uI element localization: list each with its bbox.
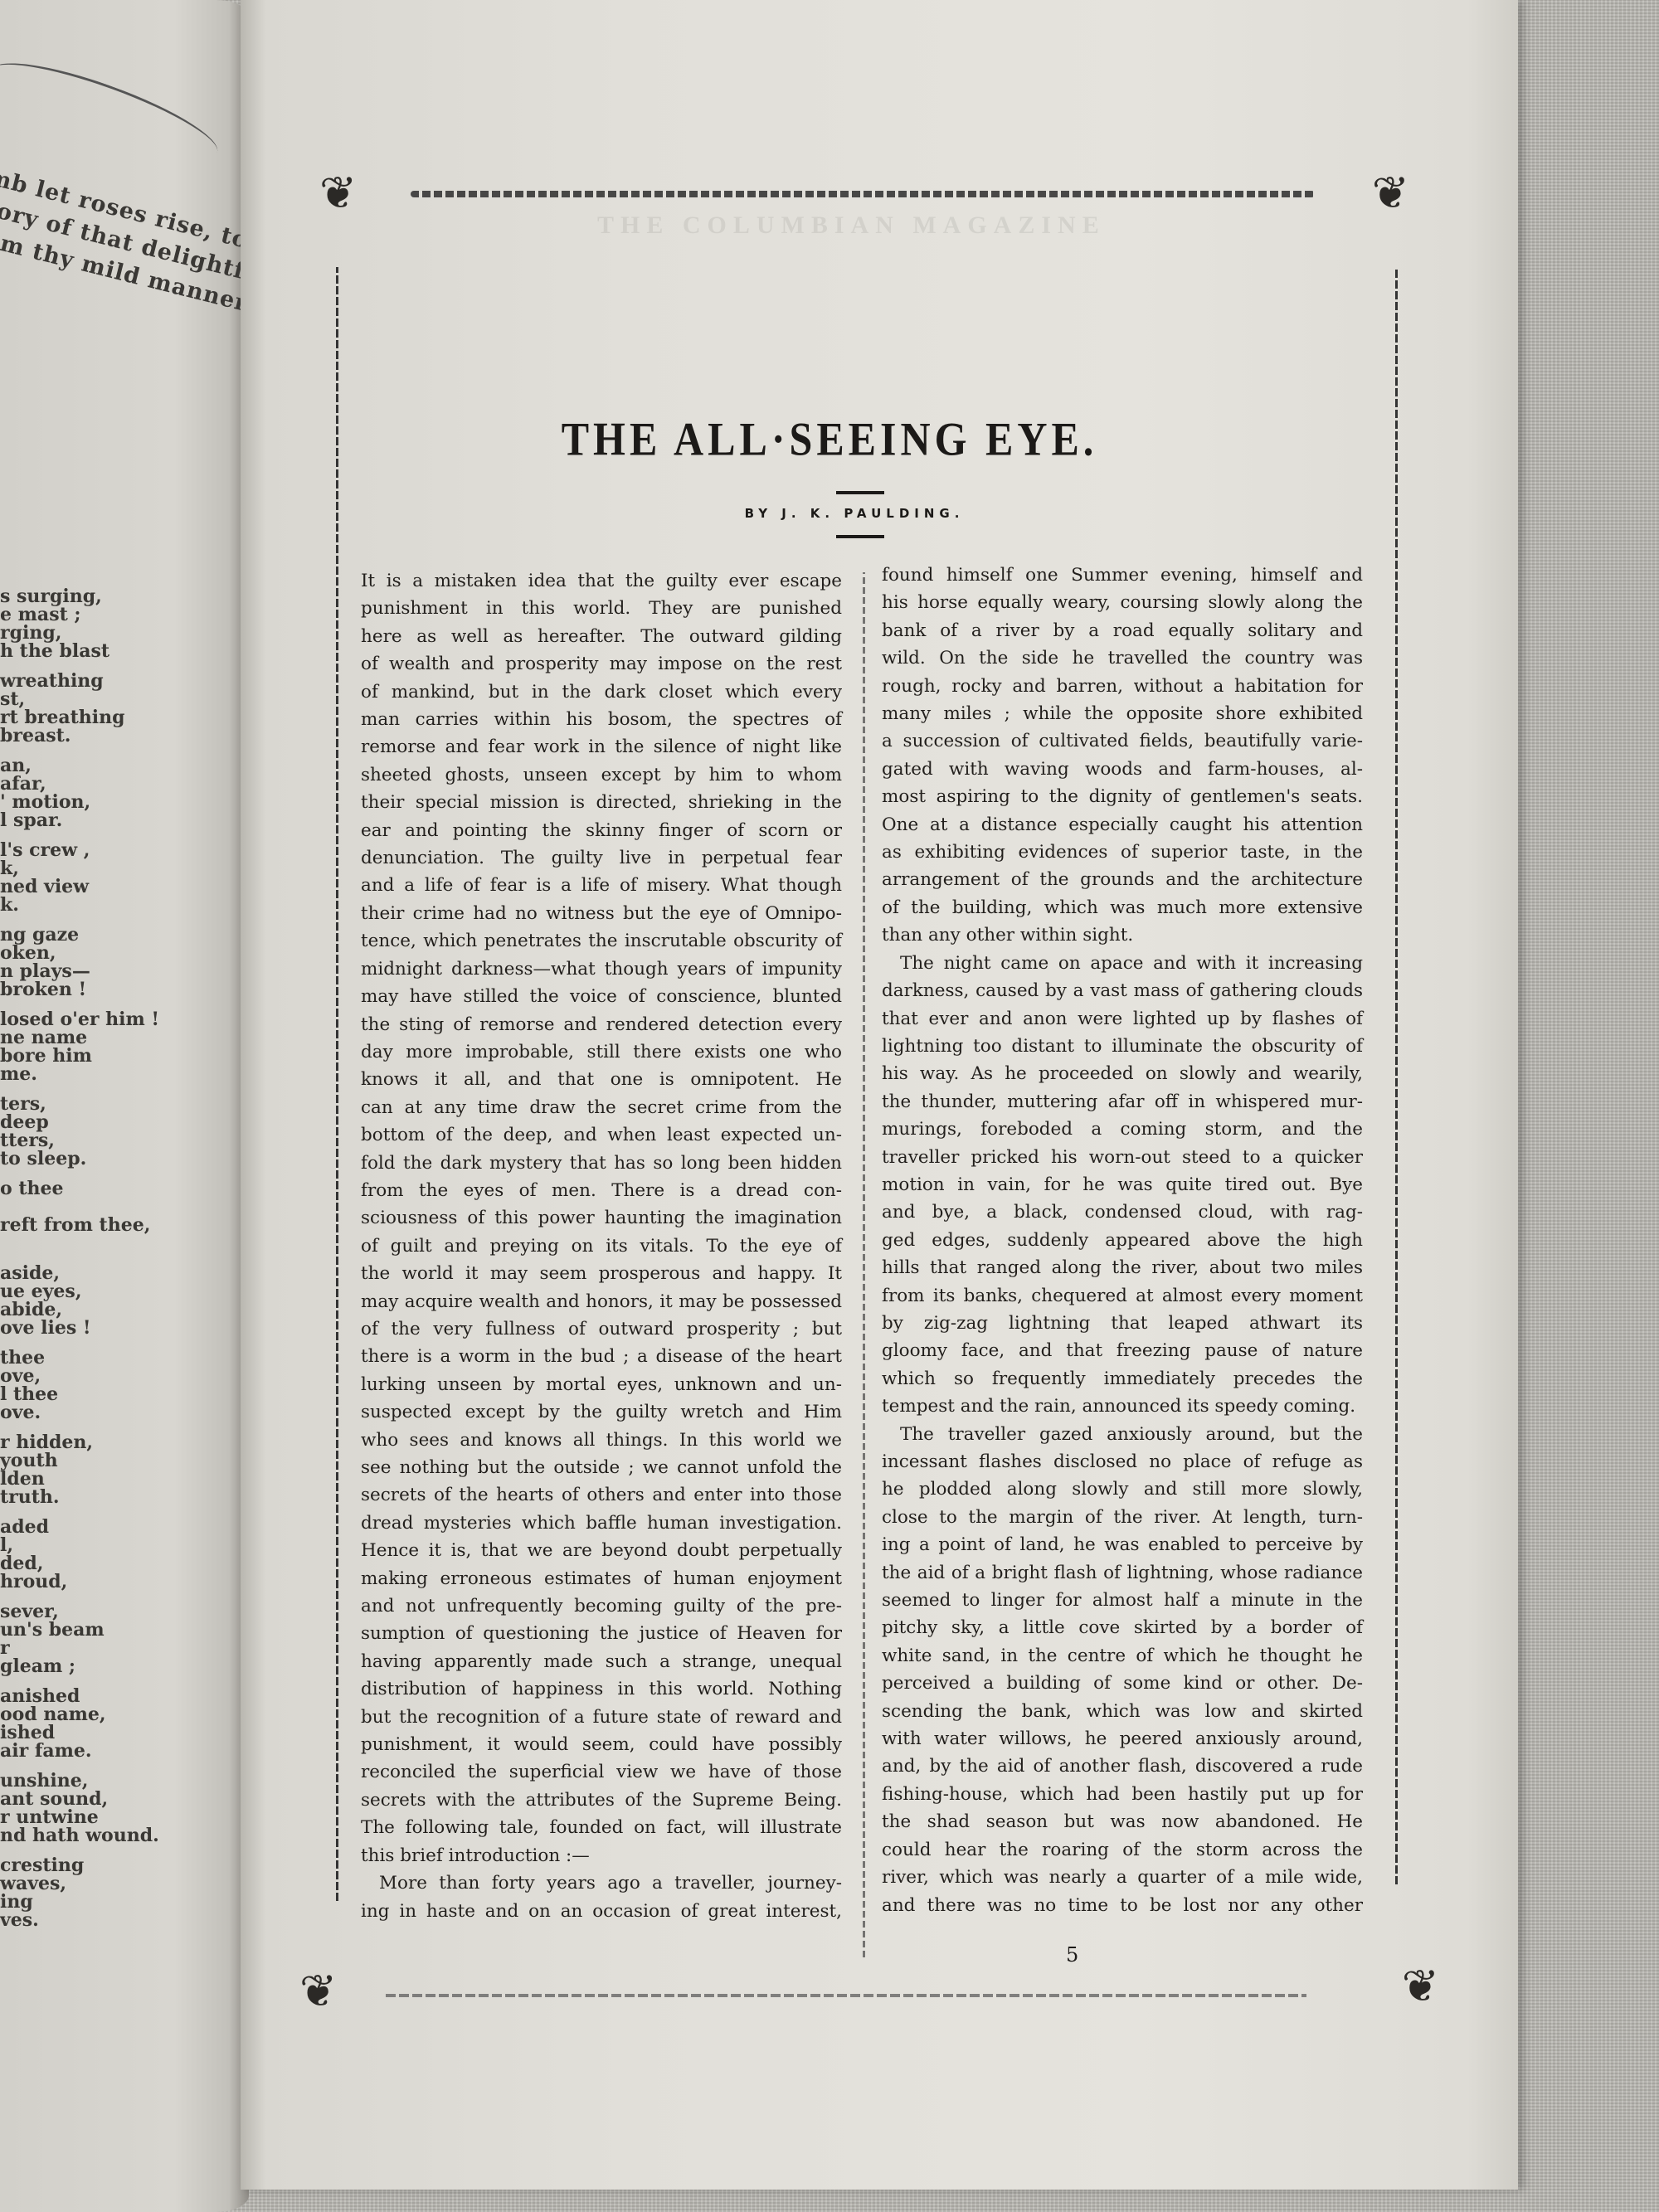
- verse-stanza: o theereft from thee,: [0, 1179, 241, 1252]
- verse-line: st,: [0, 690, 241, 708]
- verse-stanza: sever,un's beamrgleam ;: [0, 1602, 241, 1675]
- verse-line: afar,: [0, 775, 241, 793]
- verse-line: l,: [0, 1536, 241, 1554]
- verse-line: l thee: [0, 1385, 241, 1403]
- verse-line: lden: [0, 1470, 241, 1488]
- text-line: there is a worm in the bud ; a disease o…: [361, 1343, 842, 1370]
- text-line: with water willows, he peered anxiously …: [882, 1725, 1363, 1753]
- left-page-wavy-rule: [0, 46, 226, 177]
- text-line: seemed to linger for almost half a minut…: [882, 1587, 1363, 1614]
- text-line: Hence it is, that we are beyond doubt pe…: [361, 1537, 842, 1564]
- text-line: the sting of remorse and rendered detect…: [361, 1011, 842, 1038]
- text-line: lurking unseen by mortal eyes, unknown a…: [361, 1371, 842, 1398]
- verse-line: ded,: [0, 1554, 241, 1573]
- facing-left-page: mb let roses rise, to nory of that delig…: [0, 0, 249, 2212]
- corner-flourish-icon: ❦: [1402, 1964, 1439, 2009]
- verse-line: n plays—: [0, 962, 241, 980]
- verse-line: rging,: [0, 624, 241, 642]
- text-line: and there was no time to be lost nor any…: [882, 1892, 1363, 1919]
- verse-line: s surging,: [0, 587, 241, 605]
- text-line: punishment in this world. They are punis…: [361, 595, 842, 622]
- text-line: reconciled the superficial view we have …: [361, 1758, 842, 1786]
- verse-stanza: an,afar,' motion,l spar.: [0, 756, 241, 829]
- verse-stanza: crestingwaves,ingves.: [0, 1856, 241, 1929]
- article-column-right: found himself one Summer evening, himsel…: [882, 562, 1363, 1919]
- text-line: see nothing but the outside ; we cannot …: [361, 1454, 842, 1481]
- verse-line: l spar.: [0, 811, 241, 829]
- verse-line: r: [0, 1639, 241, 1657]
- text-line: dread mysteries which baffle human inves…: [361, 1510, 842, 1537]
- text-line: The night came on apace and with it incr…: [882, 950, 1363, 977]
- corner-flourish-icon: ❦: [319, 171, 357, 216]
- text-line: a succession of cultivated fields, beaut…: [882, 727, 1363, 755]
- verse-stanza: adedl,ded,hroud,: [0, 1518, 241, 1591]
- text-line: many miles ; while the opposite shore ex…: [882, 700, 1363, 727]
- verse-line: broken !: [0, 980, 241, 999]
- verse-line: ished: [0, 1723, 241, 1742]
- text-line: from the eyes of men. There is a dread c…: [361, 1177, 842, 1204]
- text-line: that ever and anon were lighted up by fl…: [882, 1005, 1363, 1033]
- text-line: bank of a river by a road equally solita…: [882, 617, 1363, 644]
- text-line: most aspiring to the dignity of gentleme…: [882, 783, 1363, 810]
- text-line: of the very fullness of outward prosperi…: [361, 1315, 842, 1343]
- text-line: found himself one Summer evening, himsel…: [882, 562, 1363, 589]
- text-line: tempest and the rain, announced its spee…: [882, 1393, 1363, 1420]
- article-title: THE ALL·SEEING EYE.: [0, 411, 1659, 467]
- text-line: More than forty years ago a traveller, j…: [361, 1869, 842, 1897]
- verse-line: r hidden,: [0, 1433, 241, 1451]
- text-line: having apparently made such a strange, u…: [361, 1648, 842, 1675]
- text-line: darkness, caused by a vast mass of gathe…: [882, 977, 1363, 1004]
- text-line: their special mission is directed, shrie…: [361, 789, 842, 816]
- text-line: could hear the roaring of the storm acro…: [882, 1836, 1363, 1864]
- verse-line: r untwine: [0, 1808, 241, 1826]
- text-line: he plodded along slowly and still more s…: [882, 1475, 1363, 1503]
- text-line: ged edges, suddenly appeared above the h…: [882, 1227, 1363, 1254]
- verse-line: abide,: [0, 1300, 241, 1319]
- verse-line: cresting: [0, 1856, 241, 1874]
- text-line: making erroneous estimates of human enjo…: [361, 1565, 842, 1592]
- text-line: his horse equally weary, coursing slowly…: [882, 589, 1363, 616]
- text-line: The traveller gazed anxiously around, bu…: [882, 1421, 1363, 1448]
- text-line: ing a point of land, he was enabled to p…: [882, 1531, 1363, 1558]
- text-line: scending the bank, which was low and ski…: [882, 1698, 1363, 1725]
- text-line: wild. On the side he travelled the count…: [882, 644, 1363, 672]
- text-line: who sees and knows all things. In this w…: [361, 1427, 842, 1454]
- text-line: of the building, which was much more ext…: [882, 894, 1363, 921]
- text-line: fold the dark mystery that has so long b…: [361, 1150, 842, 1177]
- verse-line: ters,: [0, 1095, 241, 1113]
- verse-line: unshine,: [0, 1772, 241, 1790]
- verse-stanza: aside,ue eyes,abide,ove lies !: [0, 1264, 241, 1337]
- verse-line: k.: [0, 896, 241, 914]
- text-line: sumption of questioning the justice of H…: [361, 1620, 842, 1647]
- text-line: motion in vain, for he was quite tired o…: [882, 1171, 1363, 1198]
- verse-stanza: ters,deeptters,to sleep.: [0, 1095, 241, 1168]
- verse-line: me.: [0, 1065, 241, 1083]
- text-line: lightning too distant to illuminate the …: [882, 1033, 1363, 1060]
- text-line: punishment, it would seem, could have po…: [361, 1731, 842, 1758]
- verse-line: bore him: [0, 1047, 241, 1065]
- verse-line: [0, 1198, 241, 1216]
- text-line: One at a distance especially caught his …: [882, 811, 1363, 839]
- verse-line: l's crew ,: [0, 841, 241, 859]
- text-line: rough, rocky and barren, without a habit…: [882, 673, 1363, 700]
- verse-line: o thee: [0, 1179, 241, 1198]
- text-line: which so frequently immediately precedes…: [882, 1365, 1363, 1393]
- left-page-top-text: mb let roses rise, to nory of that delig…: [0, 162, 233, 311]
- corner-flourish-icon: ❦: [299, 1969, 337, 2014]
- verse-line: tters,: [0, 1131, 241, 1150]
- verse-line: wreathing: [0, 672, 241, 690]
- verse-stanza: l's crew ,k,ned viewk.: [0, 841, 241, 914]
- verse-line: youth: [0, 1451, 241, 1470]
- verse-stanza: wreathingst,rt breathingbreast.: [0, 672, 241, 745]
- verse-line: h the blast: [0, 642, 241, 660]
- verse-line: ng gaze: [0, 926, 241, 944]
- border-top-wave: [411, 191, 1315, 197]
- text-line: may acquire wealth and honors, it may be…: [361, 1288, 842, 1315]
- verse-line: [0, 1234, 241, 1252]
- text-line: incessant flashes disclosed no place of …: [882, 1448, 1363, 1475]
- verse-line: losed o'er him !: [0, 1010, 241, 1028]
- verse-line: ing: [0, 1893, 241, 1911]
- text-line: the world it may seem prosperous and hap…: [361, 1260, 842, 1287]
- text-line: perceived a building of some kind or oth…: [882, 1670, 1363, 1697]
- verse-line: ove,: [0, 1367, 241, 1385]
- verse-line: hroud,: [0, 1573, 241, 1591]
- text-line: and, by the aid of another flash, discov…: [882, 1753, 1363, 1780]
- text-line: suspected except by the guilty wretch an…: [361, 1398, 842, 1426]
- text-line: sheeted ghosts, unseen except by him to …: [361, 761, 842, 789]
- text-line: and a life of fear is a life of misery. …: [361, 872, 842, 899]
- text-line: tence, which penetrates the inscrutable …: [361, 927, 842, 955]
- verse-line: anished: [0, 1687, 241, 1705]
- byline-rule: [836, 535, 884, 538]
- text-line: secrets with the attributes of the Supre…: [361, 1787, 842, 1814]
- verse-line: deep: [0, 1113, 241, 1131]
- verse-line: ned view: [0, 878, 241, 896]
- text-line: this brief introduction :—: [361, 1842, 842, 1869]
- text-line: their crime had no witness but the eye o…: [361, 900, 842, 927]
- verse-line: reft from thee,: [0, 1216, 241, 1234]
- verse-line: aside,: [0, 1264, 241, 1282]
- verse-line: aded: [0, 1518, 241, 1536]
- verse-line: ' motion,: [0, 793, 241, 811]
- text-line: gated with waving woods and farm-houses,…: [882, 756, 1363, 783]
- text-line: close to the margin of the river. At len…: [882, 1504, 1363, 1531]
- text-line: It is a mistaken idea that the guilty ev…: [361, 567, 842, 595]
- text-line: sciousness of this power haunting the im…: [361, 1204, 842, 1232]
- verse-line: to sleep.: [0, 1150, 241, 1168]
- text-line: denunciation. The guilty live in perpetu…: [361, 844, 842, 872]
- verse-line: sever,: [0, 1602, 241, 1621]
- text-line: and bye, a black, condensed cloud, with …: [882, 1198, 1363, 1226]
- verse-line: nd hath wound.: [0, 1826, 241, 1845]
- text-line: but the recognition of a future state of…: [361, 1704, 842, 1731]
- text-line: of mankind, but in the dark closet which…: [361, 678, 842, 706]
- text-line: as exhibiting evidences of superior tast…: [882, 839, 1363, 866]
- text-line: arrangement of the grounds and the archi…: [882, 866, 1363, 893]
- text-line: and not unfrequently becoming guilty of …: [361, 1592, 842, 1620]
- text-line: the aid of a bright flash of lightning, …: [882, 1559, 1363, 1587]
- verse-line: un's beam: [0, 1621, 241, 1639]
- text-line: by zig-zag lightning that leaped athwart…: [882, 1310, 1363, 1337]
- verse-line: k,: [0, 859, 241, 878]
- text-line: day more improbable, still there exists …: [361, 1038, 842, 1066]
- verse-line: ove.: [0, 1403, 241, 1422]
- text-line: fishing-house, which had been hastily pu…: [882, 1781, 1363, 1808]
- verse-line: waves,: [0, 1874, 241, 1893]
- text-line: pitchy sky, a little cove skirted by a b…: [882, 1614, 1363, 1641]
- verse-line: thee: [0, 1349, 241, 1367]
- verse-line: an,: [0, 756, 241, 775]
- verse-line: ne name: [0, 1028, 241, 1047]
- article-column-left: It is a mistaken idea that the guilty ev…: [361, 567, 842, 1925]
- verse-line: ant sound,: [0, 1790, 241, 1808]
- verse-line: e mast ;: [0, 605, 241, 624]
- text-line: hills that ranged along the river, about…: [882, 1254, 1363, 1281]
- border-bottom-wave: [386, 1994, 1306, 1997]
- text-line: gloomy face, and that freezing pause of …: [882, 1337, 1363, 1364]
- verse-line: gleam ;: [0, 1657, 241, 1675]
- verse-stanza: r hidden,youthldentruth.: [0, 1433, 241, 1506]
- verse-stanza: theeove,l theeove.: [0, 1349, 241, 1422]
- text-line: The following tale, founded on fact, wil…: [361, 1814, 842, 1841]
- verse-line: truth.: [0, 1488, 241, 1506]
- text-line: white sand, in the centre of which he th…: [882, 1642, 1363, 1670]
- text-line: can at any time draw the secret crime fr…: [361, 1094, 842, 1121]
- text-line: ear and pointing the skinny finger of sc…: [361, 817, 842, 844]
- verse-stanza: s surging,e mast ;rging,h the blast: [0, 587, 241, 660]
- verse-line: ove lies !: [0, 1319, 241, 1337]
- text-line: than any other within sight.: [882, 921, 1363, 949]
- left-page-verse: s surging,e mast ;rging,h the blastwreat…: [0, 587, 241, 1941]
- text-line: bottom of the deep, and when least expec…: [361, 1121, 842, 1149]
- text-line: may have stilled the voice of conscience…: [361, 983, 842, 1010]
- corner-flourish-icon: ❦: [1372, 171, 1409, 216]
- text-line: knows it all, and that one is omnipotent…: [361, 1066, 842, 1093]
- verse-line: ue eyes,: [0, 1282, 241, 1300]
- page-number: 5: [1066, 1943, 1078, 1966]
- text-line: here as well as hereafter. The outward g…: [361, 623, 842, 650]
- text-line: midnight darkness—what though years of i…: [361, 955, 842, 983]
- column-divider: [863, 572, 865, 1957]
- title-rule: [836, 491, 884, 494]
- text-line: the shad season but was now abandoned. H…: [882, 1808, 1363, 1835]
- text-line: from its banks, chequered at almost ever…: [882, 1282, 1363, 1310]
- text-line: remorse and fear work in the silence of …: [361, 733, 842, 761]
- text-line: of wealth and prosperity may impose on t…: [361, 650, 842, 678]
- text-line: secrets of the hearts of others and ente…: [361, 1481, 842, 1509]
- verse-line: air fame.: [0, 1742, 241, 1760]
- article-byline: BY J. K. PAULDING.: [0, 506, 1659, 521]
- text-line: murings, foreboded a coming storm, and t…: [882, 1116, 1363, 1143]
- text-line: ing in haste and on an occasion of great…: [361, 1898, 842, 1925]
- verse-line: ves.: [0, 1911, 241, 1929]
- text-line: traveller pricked his worn-out steed to …: [882, 1144, 1363, 1171]
- verse-line: ood name,: [0, 1705, 241, 1723]
- text-line: the thunder, muttering afar off in whisp…: [882, 1088, 1363, 1116]
- verse-line: oken,: [0, 944, 241, 962]
- verse-stanza: losed o'er him !ne namebore himme.: [0, 1010, 241, 1083]
- verse-line: rt breathing: [0, 708, 241, 727]
- verse-stanza: unshine,ant sound,r untwinend hath wound…: [0, 1772, 241, 1845]
- text-line: distribution of happiness in this world.…: [361, 1675, 842, 1703]
- text-line: river, which was nearly a quarter of a m…: [882, 1864, 1363, 1891]
- text-line: man carries within his bosom, the spectr…: [361, 706, 842, 733]
- verse-stanza: ng gazeoken,n plays—broken !: [0, 926, 241, 999]
- text-line: of guilt and preying on its vitals. To t…: [361, 1232, 842, 1260]
- text-line: his way. As he proceeded on slowly and w…: [882, 1060, 1363, 1087]
- verse-stanza: anishedood name,ishedair fame.: [0, 1687, 241, 1760]
- verse-line: breast.: [0, 727, 241, 745]
